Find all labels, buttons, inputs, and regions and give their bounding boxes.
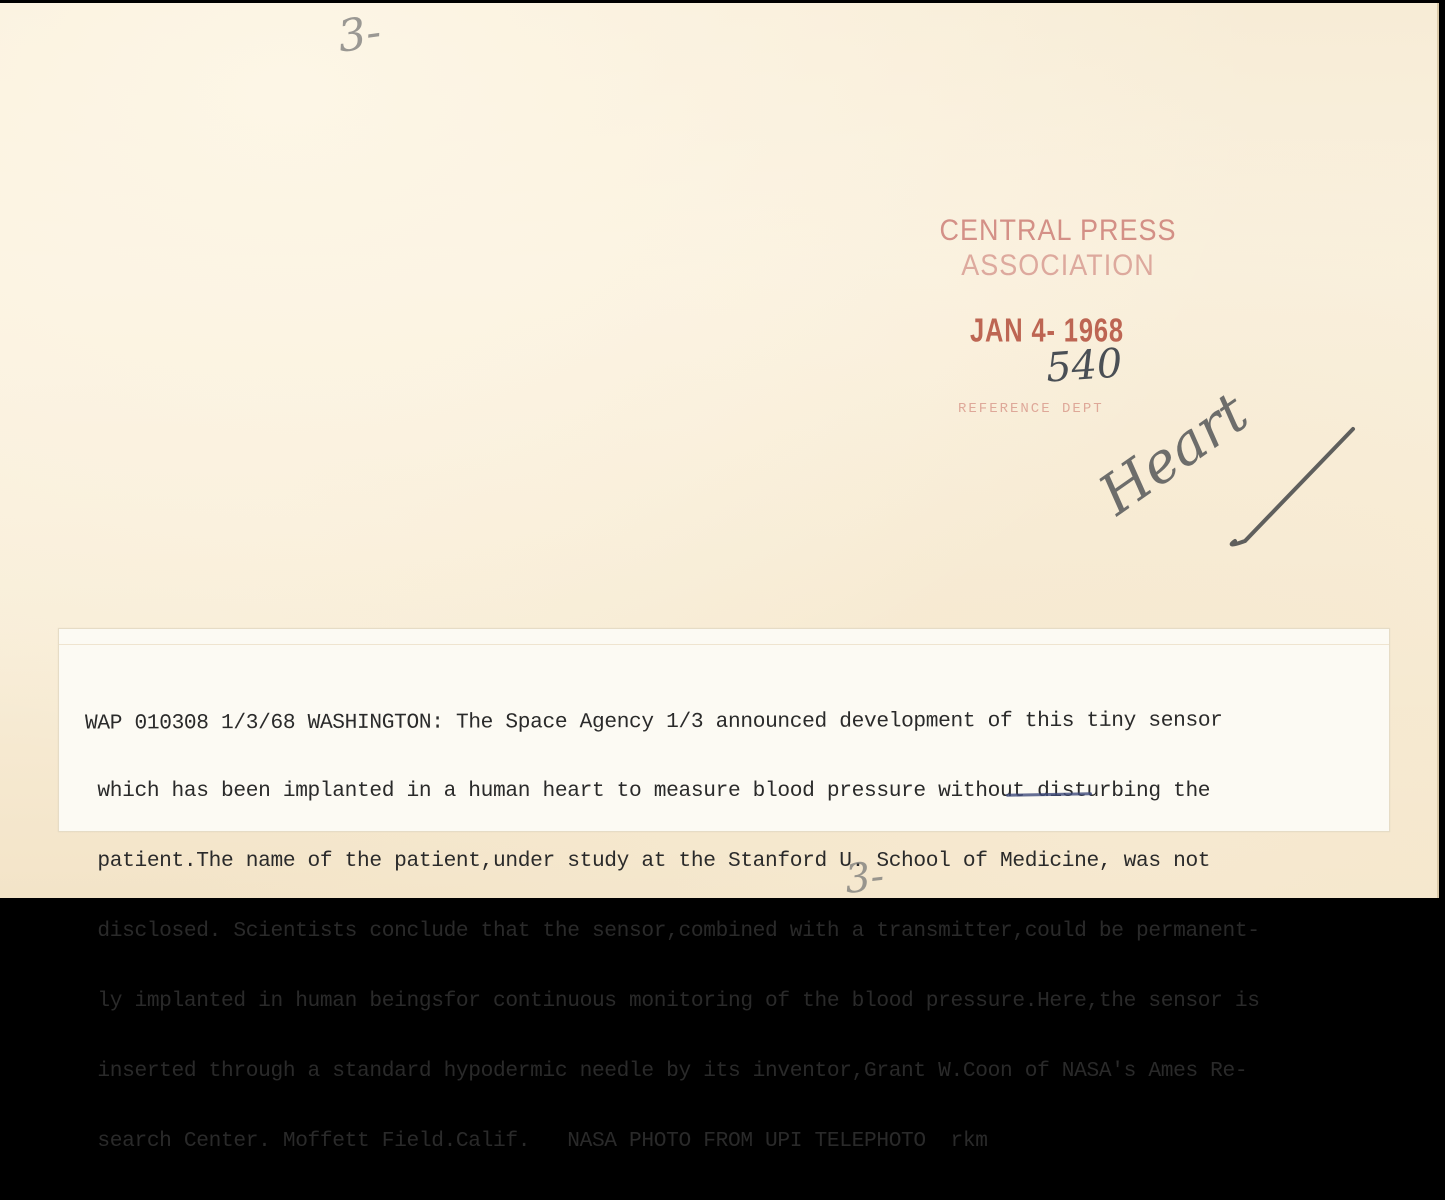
stamp-faint-line: REFERENCE DEPT: [958, 401, 1104, 417]
caption-line: patient.The name of the patient,under st…: [85, 850, 1260, 873]
pencil-mark-top: 3-: [335, 6, 385, 62]
photo-back-paper: 3- CENTRAL PRESS ASSOCIATION JAN 4- 1968…: [0, 3, 1439, 898]
typed-caption-slip: WAP 010308 1/3/68 WASHINGTON: The Space …: [58, 628, 1390, 832]
central-press-stamp: CENTRAL PRESS ASSOCIATION: [918, 215, 1198, 281]
handwritten-heart-note: Heart: [1125, 423, 1365, 573]
caption-divider: [59, 644, 1389, 645]
stamp-line-2: ASSOCIATION: [918, 248, 1198, 282]
handwritten-number: 540: [1044, 340, 1123, 391]
stamp-line-1: CENTRAL PRESS: [918, 213, 1198, 247]
pencil-mark-bottom: 3-: [843, 853, 887, 903]
pencil-stroke-icon: [1125, 423, 1365, 573]
caption-text: WAP 010308 1/3/68 WASHINGTON: The Space …: [85, 664, 1260, 906]
caption-line: WAP 010308 1/3/68 WASHINGTON: The Space …: [85, 709, 1260, 735]
